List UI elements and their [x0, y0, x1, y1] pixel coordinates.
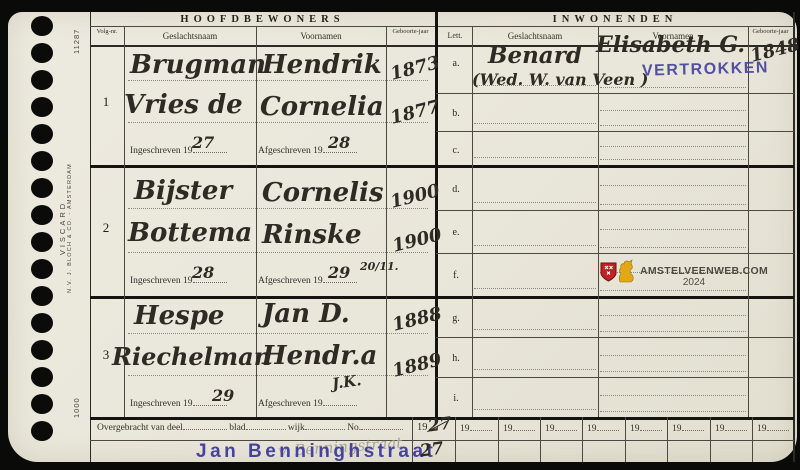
volgnr-value: 1	[90, 94, 122, 110]
letter-value: i.	[444, 393, 468, 404]
section-title-hoofdbewoners: HOOFDBEWONERS	[90, 14, 435, 26]
dotted-line	[600, 395, 746, 396]
dotted-leader	[555, 423, 577, 431]
street-number-hand: 27	[419, 438, 445, 461]
letter-value: e.	[444, 227, 468, 238]
firstnames-handwritten: Hendr.a	[262, 343, 377, 369]
dotted-line	[128, 333, 428, 334]
dotted-leader	[470, 423, 492, 431]
dotted-leader	[183, 422, 227, 430]
inwonenden-row-d: d.	[436, 166, 794, 210]
surname-handwritten: Riechelman	[112, 345, 271, 369]
inwonenden-row-h: h.	[436, 337, 794, 377]
letter-value: c.	[444, 145, 468, 156]
letter-value: a.	[444, 58, 468, 69]
dotted-line	[474, 329, 596, 330]
ingeschreven-year-hand: 29	[212, 386, 234, 405]
watermark-year: 2024	[640, 277, 748, 288]
label-text: Afgeschreven 19	[258, 399, 323, 409]
footer-column-line	[710, 417, 711, 462]
label-text: Ingeschreven 19	[130, 399, 193, 409]
dotted-leader	[597, 423, 619, 431]
transfer-line: Overgebracht van deel blad wijk No.	[97, 422, 403, 433]
year-cell-printed: 19	[503, 424, 513, 434]
letter-value: g.	[444, 313, 468, 324]
brand-name: VISCARD	[58, 153, 67, 303]
punch-hole	[31, 178, 53, 198]
title-rule	[90, 26, 794, 27]
dotted-line	[600, 159, 746, 160]
wijk-label: wijk	[288, 423, 305, 433]
afgeschreven-year-hand: 29	[328, 263, 350, 282]
punch-hole	[31, 367, 53, 387]
year-cell: 19	[503, 423, 535, 434]
card-serial-top: 11287	[72, 29, 81, 54]
dotted-line	[600, 125, 746, 126]
year-cell-printed: 19	[757, 424, 767, 434]
no-label: No.	[347, 423, 361, 433]
dotted-line	[600, 371, 746, 372]
dotted-line	[474, 202, 596, 203]
punch-hole	[31, 313, 53, 333]
dotted-line	[600, 204, 746, 205]
surname-handwritten: Hespe	[134, 303, 224, 329]
punch-hole	[31, 340, 53, 360]
punch-hole	[31, 205, 53, 225]
firstnames-handwritten: Cornelia	[260, 94, 384, 120]
label-text: Afgeschreven 19	[258, 146, 323, 156]
birthyear-handwritten: 1877	[388, 96, 442, 128]
volgnr-value: 2	[90, 220, 122, 236]
street-name-stamp: Jan Benninghstraat	[196, 441, 436, 463]
inwonenden-row-c: c.	[436, 131, 794, 165]
dotted-line	[600, 185, 746, 186]
dotted-line	[600, 290, 746, 291]
registration-line: Ingeschreven 19 28 Afgeschreven 19 29 20…	[128, 270, 430, 292]
dotted-line	[128, 375, 428, 376]
dotted-line	[128, 80, 428, 81]
punch-hole	[31, 43, 53, 63]
watermark-site: AMSTELVEENWEB.COM	[640, 265, 768, 277]
surname-handwritten: Brugman	[130, 52, 266, 78]
punch-hole	[31, 232, 53, 252]
punch-hole	[31, 124, 53, 144]
year-cell: 19	[587, 423, 619, 434]
column-header-year: Geboorte-jaar	[386, 28, 435, 35]
firstnames-handwritten: Rinske	[262, 222, 362, 248]
label-text: Ingeschreven 19	[130, 146, 193, 156]
dotted-line	[474, 409, 596, 410]
dotted-leader	[361, 422, 403, 430]
afgeschreven-label: Afgeschreven 19	[258, 398, 357, 409]
inwonenden-row-i: i.	[436, 377, 794, 417]
letter-value: d.	[444, 184, 468, 195]
firstnames-handwritten: Elisabeth G.	[596, 34, 745, 56]
year-cell-printed: 19	[715, 424, 725, 434]
year-cell: 19	[630, 423, 662, 434]
surname-handwritten: Bottema	[128, 220, 252, 246]
dotted-line	[474, 123, 596, 124]
punch-hole	[31, 70, 53, 90]
letter-value: h.	[444, 353, 468, 364]
year-cell: 19	[545, 423, 577, 434]
year-cell: 19	[757, 423, 789, 434]
punch-hole	[31, 16, 53, 36]
firstnames-handwritten: Cornelis	[262, 180, 384, 206]
punch-hole	[31, 421, 53, 441]
dotted-line	[600, 355, 746, 356]
punch-hole	[31, 97, 53, 117]
column-header-firstnames: Voornamen	[256, 31, 386, 41]
dotted-line	[474, 245, 596, 246]
punch-hole	[31, 394, 53, 414]
afgeschreven-year-hand: 28	[328, 133, 350, 152]
firstnames-handwritten: Hendrik	[262, 52, 382, 78]
printer-imprint: VISCARD N.V. J. BLOCH & CO. - AMSTERDAM	[58, 153, 73, 303]
column-header-lett: Lett.	[438, 31, 472, 40]
punch-hole	[31, 151, 53, 171]
column-header-volgnr: Volg-nr.	[91, 28, 123, 35]
footer-column-line	[540, 417, 541, 462]
label-text: Ingeschreven 19	[130, 276, 193, 286]
hoofdbewoners-row-2: 2 Bijster Cornelis 1900 Bottema Rinske 1…	[90, 166, 436, 296]
brand-address: N.V. J. BLOCH & CO. - AMSTERDAM	[67, 153, 73, 303]
afgeschreven-date-note: 20/11.	[360, 260, 398, 273]
hoofdbewoners-row-1: 1 Brugman Hendrik 1873 Vries de Cornelia…	[90, 46, 436, 165]
transfer-label: Overgebracht van deel	[97, 423, 183, 433]
firstnames-addition: J.K.	[331, 371, 363, 393]
dotted-line	[128, 208, 428, 209]
footer-column-line	[667, 417, 668, 462]
dotted-leader	[767, 423, 789, 431]
footer-column-line	[625, 417, 626, 462]
registration-line: Ingeschreven 19 29 Afgeschreven 19	[128, 393, 430, 415]
hoofdbewoners-row-3: 3 Hespe Jan D. 1888 Riechelman Hendr.a J…	[90, 297, 436, 417]
inwonenden-row-a: a. Benard Elisabeth G. 1848 (Wed. W. van…	[436, 46, 794, 93]
dotted-leader	[682, 423, 704, 431]
dotted-line	[474, 369, 596, 370]
vertrokken-stamp: VERTROKKEN	[642, 59, 769, 80]
dotted-line	[128, 122, 428, 123]
card-serial-bottom: 1000	[72, 397, 81, 418]
year-cell-printed: 19	[630, 424, 640, 434]
year-cell-printed: 19	[587, 424, 597, 434]
ingeschreven-year-hand: 28	[192, 263, 214, 282]
dotted-line	[600, 247, 746, 248]
surname-handwritten: Benard	[488, 44, 582, 67]
dotted-leader	[513, 423, 535, 431]
letter-value: f.	[444, 270, 468, 281]
year-cell-printed: 19	[672, 424, 682, 434]
dotted-leader	[323, 398, 357, 406]
ingeschreven-year-hand: 27	[192, 133, 214, 152]
column-header-year-inw: Geboorte-jaar	[748, 28, 793, 35]
firstnames-handwritten: Jan D.	[262, 301, 350, 327]
dotted-leader	[246, 422, 286, 430]
inwonenden-row-b: b.	[436, 93, 794, 131]
surname-handwritten: Vries de	[124, 92, 243, 118]
letter-value: b.	[444, 108, 468, 119]
footer-column-line	[752, 417, 753, 462]
footer-column-line	[455, 417, 456, 462]
year-cell: 19	[672, 423, 704, 434]
registration-line: Ingeschreven 19 27 Afgeschreven 19 28	[128, 140, 430, 162]
dotted-line	[600, 315, 746, 316]
dotted-line	[600, 229, 746, 230]
dotted-line	[128, 252, 428, 253]
year-cell: 19	[715, 423, 747, 434]
dotted-line	[600, 146, 746, 147]
year-cell-printed: 19	[460, 424, 470, 434]
watermark-lion-icon	[615, 259, 635, 283]
year-cell: 19	[460, 423, 492, 434]
dotted-leader	[640, 423, 662, 431]
year-cell-printed: 19	[545, 424, 555, 434]
dotted-leader	[305, 422, 345, 430]
inwonenden-row-g: g.	[436, 297, 794, 337]
dotted-line	[600, 331, 746, 332]
dotted-line	[600, 110, 746, 111]
footer-column-line	[582, 417, 583, 462]
dotted-line	[474, 157, 596, 158]
transfer-year-printed: 19	[417, 422, 428, 433]
section-title-inwonenden: INWONENDEN	[436, 14, 794, 26]
footer-column-line	[498, 417, 499, 462]
dotted-line	[474, 288, 596, 289]
scanned-register-card: 11287 VISCARD N.V. J. BLOCH & CO. - AMST…	[0, 0, 800, 470]
surname-note-handwritten: (Wed. W. van Veen )	[472, 70, 648, 89]
dotted-leader	[725, 423, 747, 431]
blad-label: blad	[229, 423, 245, 433]
punch-hole	[31, 286, 53, 306]
column-header-surname: Geslachtsnaam	[124, 31, 256, 41]
dotted-line	[600, 411, 746, 412]
inwonenden-row-e: e.	[436, 210, 794, 253]
label-text: Afgeschreven 19	[258, 276, 323, 286]
column-header-surname-inw: Geslachtsnaam	[472, 31, 598, 41]
punch-hole	[31, 259, 53, 279]
surname-handwritten: Bijster	[134, 178, 232, 204]
